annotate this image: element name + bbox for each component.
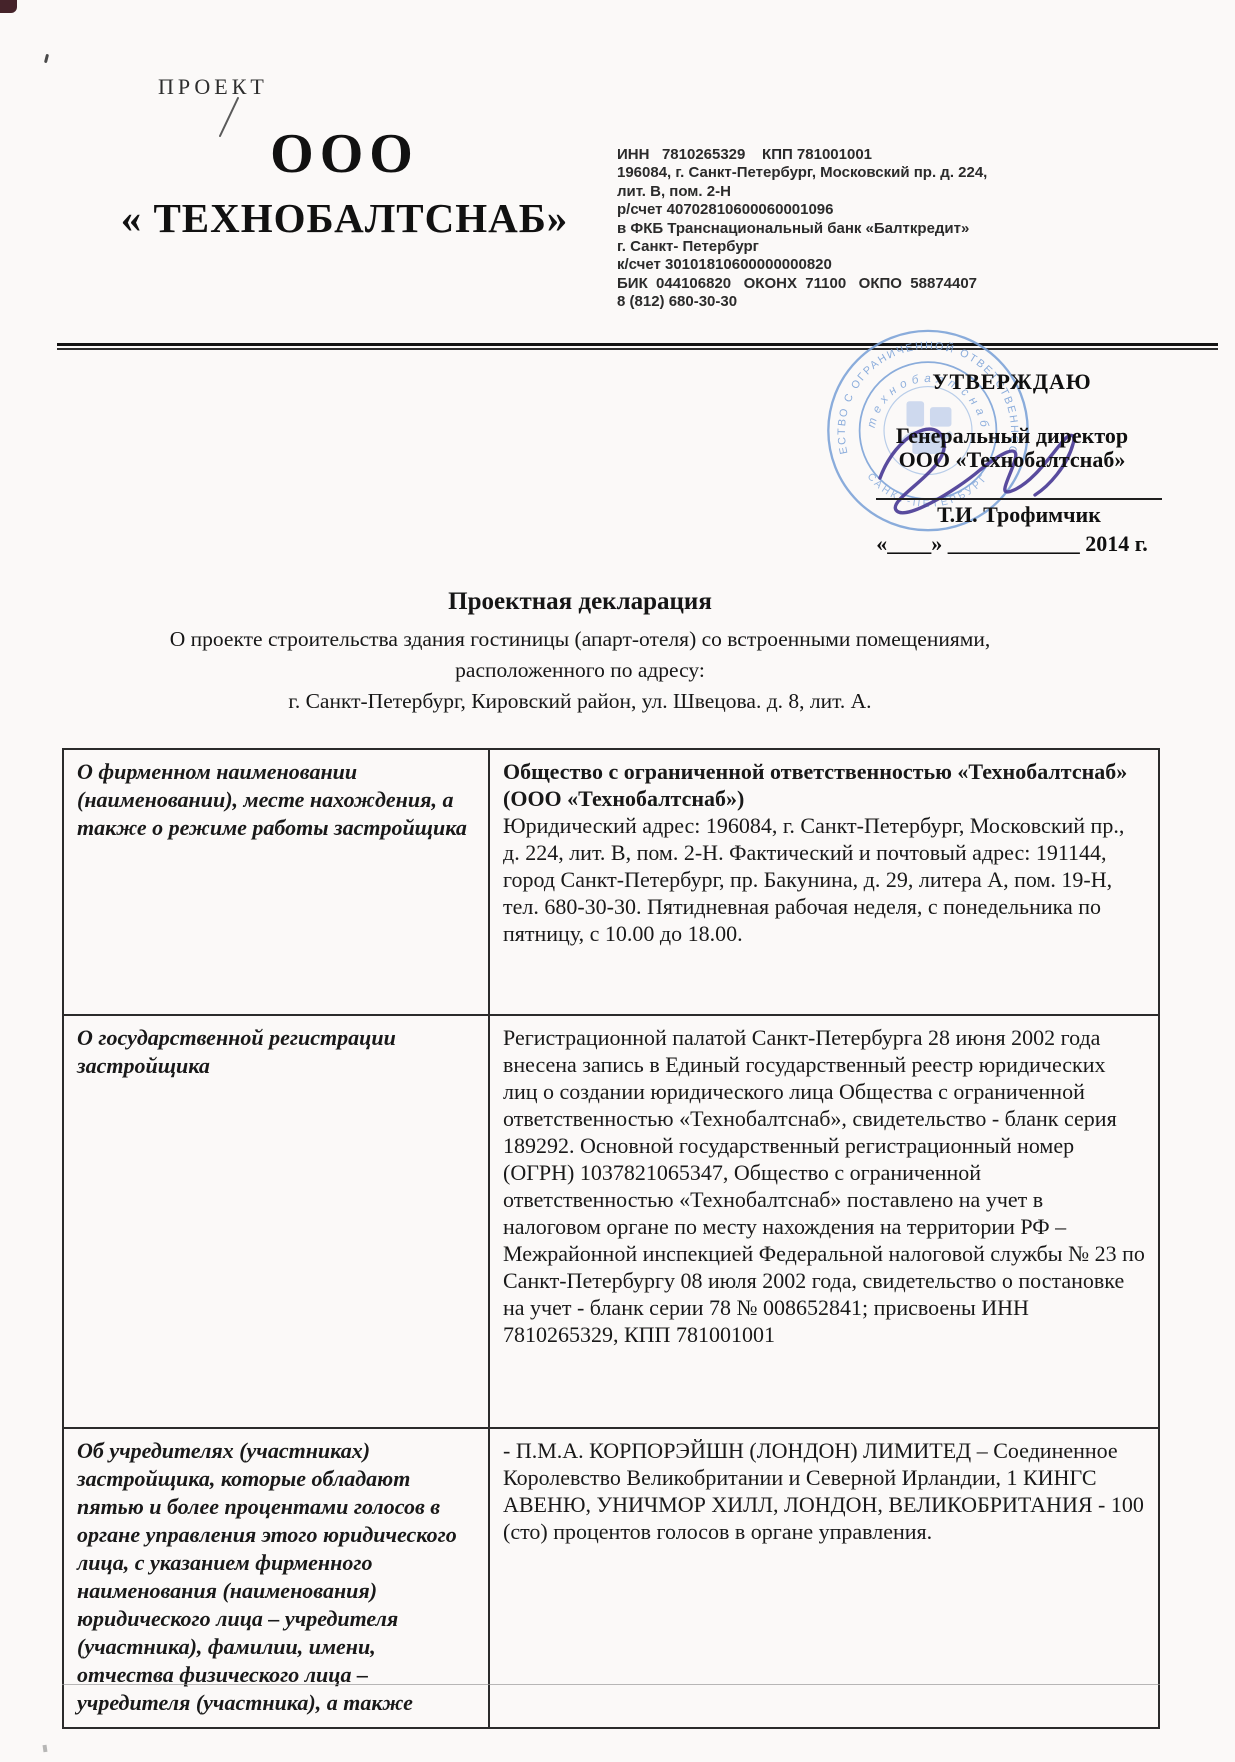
- requisite-line: БИК 044106820 ОКОНХ 71100 ОКПО 58874407: [617, 275, 1177, 293]
- requisite-line: 196084, г. Санкт-Петербург, Московский п…: [617, 164, 1177, 182]
- company-name: « ТЕХНОБАЛТСНАБ»: [92, 198, 597, 239]
- approver-position-line1: Генеральный директор: [862, 424, 1162, 448]
- requisite-line: г. Санкт- Петербург: [617, 238, 1177, 256]
- company-legal-form: ООО: [92, 126, 597, 182]
- table-row: Об учредителях (участниках) застройщика,…: [64, 1427, 1158, 1727]
- requisite-line: лит. В, пом. 2-Н: [617, 183, 1177, 201]
- row-value-text: Регистрационной палатой Санкт-Петербурга…: [503, 1024, 1145, 1348]
- header-divider-rule: [57, 343, 1218, 350]
- row-value-cell: Общество с ограниченной ответственностью…: [490, 750, 1158, 1014]
- row-value-cell: Регистрационной палатой Санкт-Петербурга…: [490, 1016, 1158, 1427]
- row-label-cell: О государственной регистрации застройщик…: [64, 1016, 490, 1427]
- row-value-text: - П.М.А. КОРПОРЭЙШН (ЛОНДОН) ЛИМИТЕД – С…: [503, 1437, 1145, 1545]
- row-label-cell: Об учредителях (участниках) застройщика,…: [64, 1429, 490, 1727]
- table-row: О государственной регистрации застройщик…: [64, 1014, 1158, 1427]
- page-title: Проектная декларация: [0, 588, 1160, 616]
- approval-block: УТВЕРЖДАЮ Генеральный директор ООО «Техн…: [862, 370, 1162, 556]
- declaration-table: О фирменном наименовании (наименовании),…: [62, 748, 1160, 1729]
- company-requisites: ИНН 7810265329 КПП 781001001 196084, г. …: [617, 146, 1177, 312]
- company-letterhead: ООО « ТЕХНОБАЛТСНАБ»: [92, 126, 597, 239]
- approval-date-line: «____» ____________ 2014 г.: [862, 532, 1162, 556]
- requisite-line: 8 (812) 680-30-30: [617, 293, 1177, 311]
- table-row: О фирменном наименовании (наименовании),…: [64, 750, 1158, 1014]
- requisite-line: р/счет 40702810600060001096: [617, 201, 1177, 219]
- requisite-line: в ФКБ Транснациональный банк «Балткредит…: [617, 220, 1177, 238]
- company-shortname-bold: (ООО «Технобалтснаб»): [503, 785, 1145, 812]
- scan-table-shadow: [62, 1684, 1160, 1685]
- company-fullname-bold: Общество с ограниченной ответственностью…: [503, 758, 1145, 785]
- requisite-line: ИНН 7810265329 КПП 781001001: [617, 146, 1177, 164]
- title-subline-1: О проекте строительства здания гостиницы…: [0, 624, 1160, 655]
- approver-name: Т.И. Трофимчик: [876, 498, 1162, 527]
- document-title-block: Проектная декларация О проекте строитель…: [0, 588, 1160, 717]
- title-subline-3: г. Санкт-Петербург, Кировский район, ул.…: [0, 686, 1160, 717]
- approver-position-line2: ООО «Технобалтснаб»: [862, 448, 1162, 472]
- row-value-text: Юридический адрес: 196084, г. Санкт-Пете…: [503, 812, 1145, 947]
- document-page: ПРОЕКТ ООО « ТЕХНОБАЛТСНАБ» ИНН 78102653…: [0, 0, 1235, 1762]
- scan-tick-artifact: [44, 54, 49, 63]
- scan-bottom-artifact: [43, 1745, 48, 1752]
- requisite-line: к/счет 30101810600000000820: [617, 256, 1177, 274]
- row-value-cell: - П.М.А. КОРПОРЭЙШН (ЛОНДОН) ЛИМИТЕД – С…: [490, 1429, 1158, 1727]
- title-subline-2: расположенного по адресу:: [0, 655, 1160, 686]
- scan-corner-artifact: [0, 0, 17, 13]
- row-label-cell: О фирменном наименовании (наименовании),…: [64, 750, 490, 1014]
- approve-label: УТВЕРЖДАЮ: [862, 370, 1162, 394]
